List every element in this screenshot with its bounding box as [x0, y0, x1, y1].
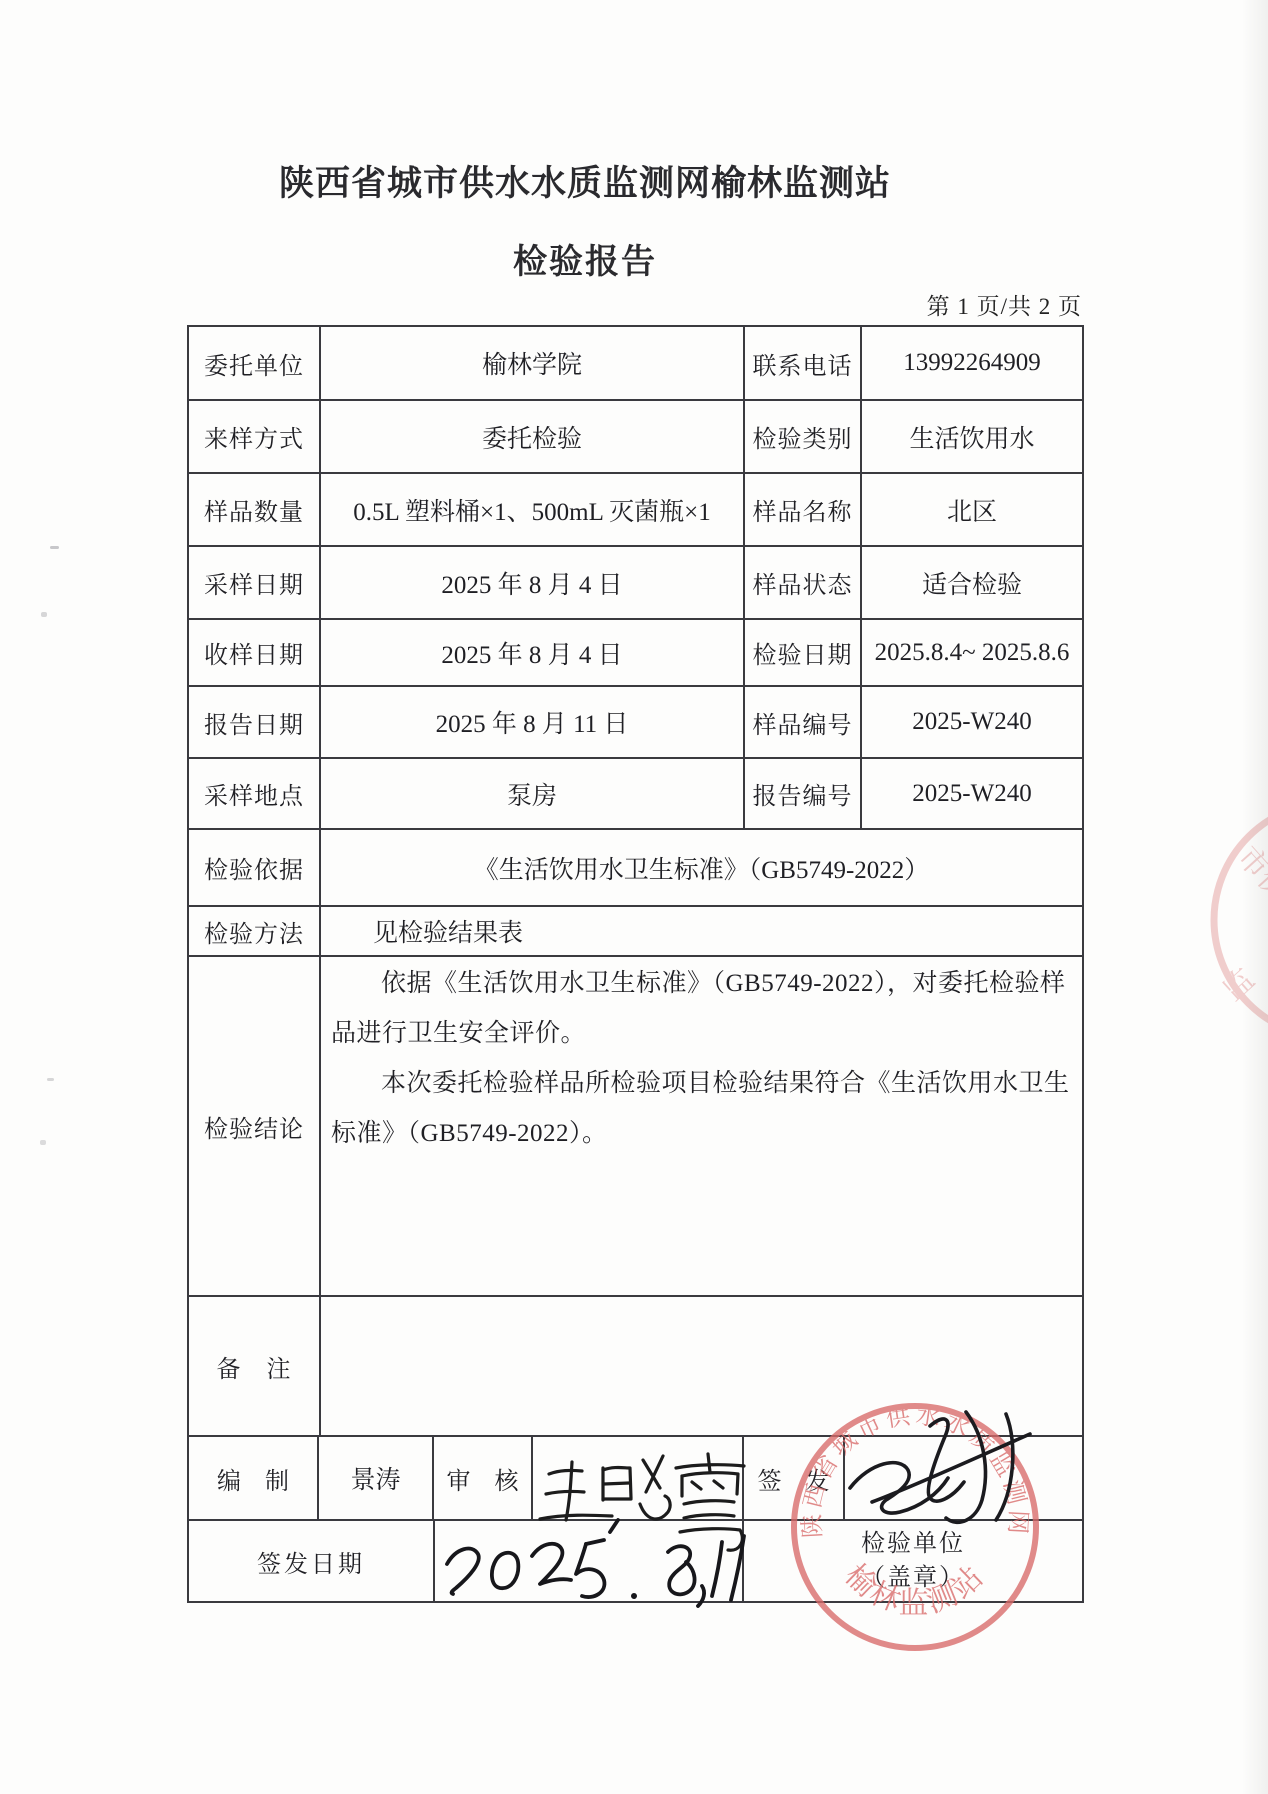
row-label: 委托单位 [189, 327, 321, 401]
report-page: 陕西省城市供水水质监测网榆林监测站 检验报告 第 1 页/共 2 页 委托单位 … [0, 0, 1268, 1794]
row-value2: 2025-W240 [862, 687, 1082, 759]
basis-label: 检验依据 [189, 830, 321, 907]
conclusion-text: 依据《生活饮用水卫生标准》（GB5749-2022），对委托检验样品进行卫生安全… [321, 957, 1082, 1297]
conclusion-paragraph-2: 本次委托检验样品所检验项目检验结果符合《生活饮用水卫生标准》（GB5749-20… [331, 1059, 1074, 1159]
row-label2: 报告编号 [745, 759, 862, 830]
table-row: 采样日期 2025 年 8 月 4 日 样品状态 适合检验 [189, 547, 1082, 620]
prepare-label: 编 制 [189, 1437, 319, 1521]
table-row: 采样地点 泵房 报告编号 2025-W240 [189, 759, 1082, 830]
method-label: 检验方法 [189, 907, 321, 957]
scan-speck [41, 612, 47, 617]
row-value: 泵房 [321, 759, 745, 830]
inspection-unit-line1: 检验单位 [861, 1527, 965, 1561]
row-value: 2025 年 8 月 4 日 [321, 620, 745, 687]
row-value: 委托检验 [321, 401, 745, 474]
row-label: 样品数量 [189, 474, 321, 547]
row-label2: 检验日期 [745, 620, 862, 687]
table-row-remark: 备 注 [189, 1297, 1082, 1437]
edge-stamp-chars-2: 监 [1217, 963, 1261, 1008]
row-value: 2025 年 8 月 11 日 [321, 687, 745, 759]
issue-label: 签 发 [744, 1437, 845, 1521]
table-row: 委托单位 榆林学院 联系电话 13992264909 [189, 327, 1082, 401]
row-value2: 13992264909 [862, 327, 1082, 401]
row-label: 采样日期 [189, 547, 321, 620]
table-row-conclusion: 检验结论 依据《生活饮用水卫生标准》（GB5749-2022），对委托检验样品进… [189, 957, 1082, 1297]
review-signature-area [533, 1437, 744, 1521]
row-value2: 2025.8.4~ 2025.8.6 [862, 620, 1082, 687]
page-indicator: 第 1 页/共 2 页 [927, 288, 1082, 321]
row-label2: 样品编号 [745, 687, 862, 759]
table-row: 报告日期 2025 年 8 月 11 日 样品编号 2025-W240 [189, 687, 1082, 759]
page-title: 陕西省城市供水水质监测网榆林监测站 [90, 156, 1080, 206]
row-label2: 联系电话 [745, 327, 862, 401]
row-label: 报告日期 [189, 687, 321, 759]
remark-label: 备 注 [189, 1297, 321, 1437]
scan-speck [47, 1078, 54, 1081]
row-value2: 北区 [862, 474, 1082, 547]
conclusion-paragraph-1: 依据《生活饮用水卫生标准》（GB5749-2022），对委托检验样品进行卫生安全… [331, 959, 1074, 1059]
remark-value [321, 1297, 1082, 1437]
table-row-method: 检验方法 见检验结果表 [189, 907, 1082, 957]
row-value2: 生活饮用水 [862, 401, 1082, 474]
edge-stamp-chars-1: 市供 [1231, 841, 1268, 908]
review-label: 审 核 [434, 1437, 533, 1521]
row-value2: 2025-W240 [862, 759, 1082, 830]
issue-date-handwritten-area [435, 1521, 744, 1601]
row-value: 榆林学院 [321, 327, 745, 401]
table-row-signatures: 编 制 景涛 审 核 签 发 [189, 1437, 1082, 1521]
table-row: 来样方式 委托检验 检验类别 生活饮用水 [189, 401, 1082, 474]
report-table: 委托单位 榆林学院 联系电话 13992264909 来样方式 委托检验 检验类… [187, 325, 1084, 1603]
inspection-unit-seal-cell: 检验单位 （盖章） [744, 1521, 1082, 1601]
report-title: 检验报告 [90, 234, 1080, 283]
row-label2: 样品名称 [745, 474, 862, 547]
table-row: 样品数量 0.5L 塑料桶×1、500mL 灭菌瓶×1 样品名称 北区 [189, 474, 1082, 547]
method-value: 见检验结果表 [321, 907, 1082, 957]
row-label2: 检验类别 [745, 401, 862, 474]
row-label: 采样地点 [189, 759, 321, 830]
issue-signature-area [845, 1437, 1082, 1521]
conclusion-label: 检验结论 [189, 957, 321, 1297]
issue-date-label: 签发日期 [189, 1521, 435, 1601]
edge-stamp-icon: 市供 监 [1214, 802, 1268, 1038]
table-row-issue-date: 签发日期 检验单位 （盖章） [189, 1521, 1082, 1601]
table-row: 收样日期 2025 年 8 月 4 日 检验日期 2025.8.4~ 2025.… [189, 620, 1082, 687]
row-value: 2025 年 8 月 4 日 [321, 547, 745, 620]
basis-value: 《生活饮用水卫生标准》（GB5749-2022） [321, 830, 1082, 907]
row-value: 0.5L 塑料桶×1、500mL 灭菌瓶×1 [321, 474, 745, 547]
row-label: 来样方式 [189, 401, 321, 474]
table-row-basis: 检验依据 《生活饮用水卫生标准》（GB5749-2022） [189, 830, 1082, 907]
row-value2: 适合检验 [862, 547, 1082, 620]
prepare-name: 景涛 [319, 1437, 434, 1521]
scan-speck [40, 1140, 46, 1145]
inspection-unit-line2: （盖章） [861, 1561, 965, 1595]
row-label2: 样品状态 [745, 547, 862, 620]
scan-speck [50, 546, 59, 549]
row-label: 收样日期 [189, 620, 321, 687]
